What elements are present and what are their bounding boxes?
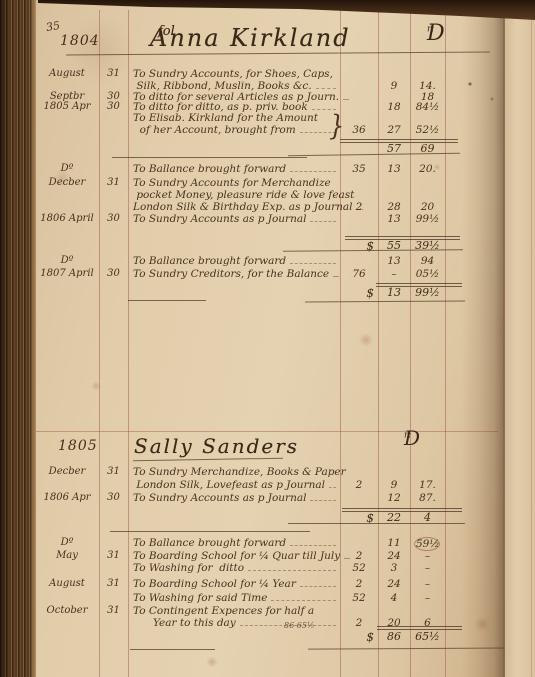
cents-value: 59½	[414, 537, 440, 551]
cents-value: –	[410, 592, 445, 604]
total-underline	[288, 523, 465, 524]
facing-page-rule	[531, 6, 532, 677]
ledger-row: Decber31To Sundry Merchandize, Books & P…	[0, 466, 535, 479]
entry-text: To Sundry Merchandize, Books & Paper	[133, 466, 346, 478]
ledger-row: 1806 Apr30To Sundry Accounts as p Journa…	[0, 492, 535, 505]
dollars-value: 24	[378, 550, 410, 562]
entry-date-month: Dº	[36, 537, 98, 548]
entry-date-month: Decber	[36, 466, 98, 477]
total-dollars: 86	[378, 630, 410, 643]
folio-value: 52	[340, 562, 378, 574]
entry-date-day: 30	[100, 492, 127, 503]
entry-description: London Silk, Lovefeast as p Journal	[133, 479, 338, 491]
entry-description: To Sundry Merchandize, Books & Paper	[133, 466, 338, 478]
entry-description: To Washing for ditto	[133, 562, 338, 574]
pencil-note: 86 65½	[284, 621, 315, 630]
ledger-row: August31To Boarding School for ¼ Year224…	[0, 578, 535, 591]
cents-value: 17.	[410, 479, 445, 491]
ledger-book-photo: 35 1804 Anna Kirklandfol Dr: August31To …	[0, 0, 535, 677]
entry-text: Year to this day	[133, 617, 236, 629]
dash-leader	[271, 600, 336, 601]
entry-text: To Washing for ditto	[133, 562, 244, 574]
closing-rule	[130, 649, 215, 650]
dollars-value: 24	[378, 578, 410, 590]
ledger-row: To Washing for said Time524–	[0, 592, 535, 605]
entry-date-day: 31	[100, 550, 127, 561]
facing-page-edge: 180	[505, 6, 535, 677]
entry-description: To Boarding School for ¼ Year	[133, 578, 338, 590]
dash-leader	[300, 586, 336, 587]
entry-text: To Ballance brought forward	[133, 537, 286, 549]
entry-text: To Contingent Expences for half a	[133, 605, 314, 617]
dollars-value: 12	[378, 492, 410, 504]
folio-value: 2	[340, 617, 378, 629]
entry-description: To Sundry Accounts as p Journal	[133, 492, 338, 504]
cents-value: –	[410, 550, 445, 562]
dash-leader	[248, 570, 336, 571]
entry-date-day: 31	[100, 466, 127, 477]
folio-value: 52	[340, 592, 378, 604]
cents-value: –	[410, 562, 445, 574]
dash-leader	[329, 487, 336, 488]
page-fold-shadow	[462, 10, 505, 677]
entry-description: To Boarding School for ¼ Quar till July	[133, 550, 338, 562]
entry-text: To Washing for said Time	[133, 592, 267, 604]
entry-date-month: May	[36, 550, 98, 561]
sally-account-entries: Decber31To Sundry Merchandize, Books & P…	[0, 0, 535, 677]
cents-value: 87.	[410, 492, 445, 504]
dollars-value: 3	[378, 562, 410, 574]
folio-value: 2	[340, 578, 378, 590]
entry-date-month: August	[36, 578, 98, 589]
entry-date-month: 1806 Apr	[36, 492, 98, 503]
folio-value: 2	[340, 479, 378, 491]
section-rule	[110, 531, 310, 532]
ledger-row: DºTo Ballance brought forward1159½	[0, 537, 535, 550]
entry-text: To Boarding School for ¼ Year	[133, 578, 296, 590]
total-row: $ 86 65½	[0, 630, 535, 643]
book-spine	[0, 0, 36, 677]
total-cents: 65½	[410, 630, 445, 643]
entry-description: To Contingent Expences for half a	[133, 605, 338, 617]
dash-leader	[310, 500, 336, 501]
entry-date-month: October	[36, 605, 98, 616]
dollar-sign: $	[348, 630, 374, 644]
entry-text: London Silk, Lovefeast as p Journal	[133, 479, 325, 491]
cents-value: –	[410, 578, 445, 590]
ledger-row: To Washing for ditto523–	[0, 562, 535, 575]
entry-date-day: 31	[100, 578, 127, 589]
dollars-value: 9	[378, 479, 410, 491]
ledger-row: London Silk, Lovefeast as p Journal2917.	[0, 479, 535, 492]
folio-value: 2	[340, 550, 378, 562]
entry-date-day: 31	[100, 605, 127, 616]
dollars-value: 4	[378, 592, 410, 604]
entry-description: To Washing for said Time	[133, 592, 338, 604]
dollars-value: 11	[378, 537, 410, 549]
dash-leader	[290, 545, 336, 546]
entry-description: To Ballance brought forward	[133, 537, 338, 549]
entry-text: To Sundry Accounts as p Journal	[133, 492, 306, 504]
entry-text: To Boarding School for ¼ Quar till July	[133, 550, 340, 562]
